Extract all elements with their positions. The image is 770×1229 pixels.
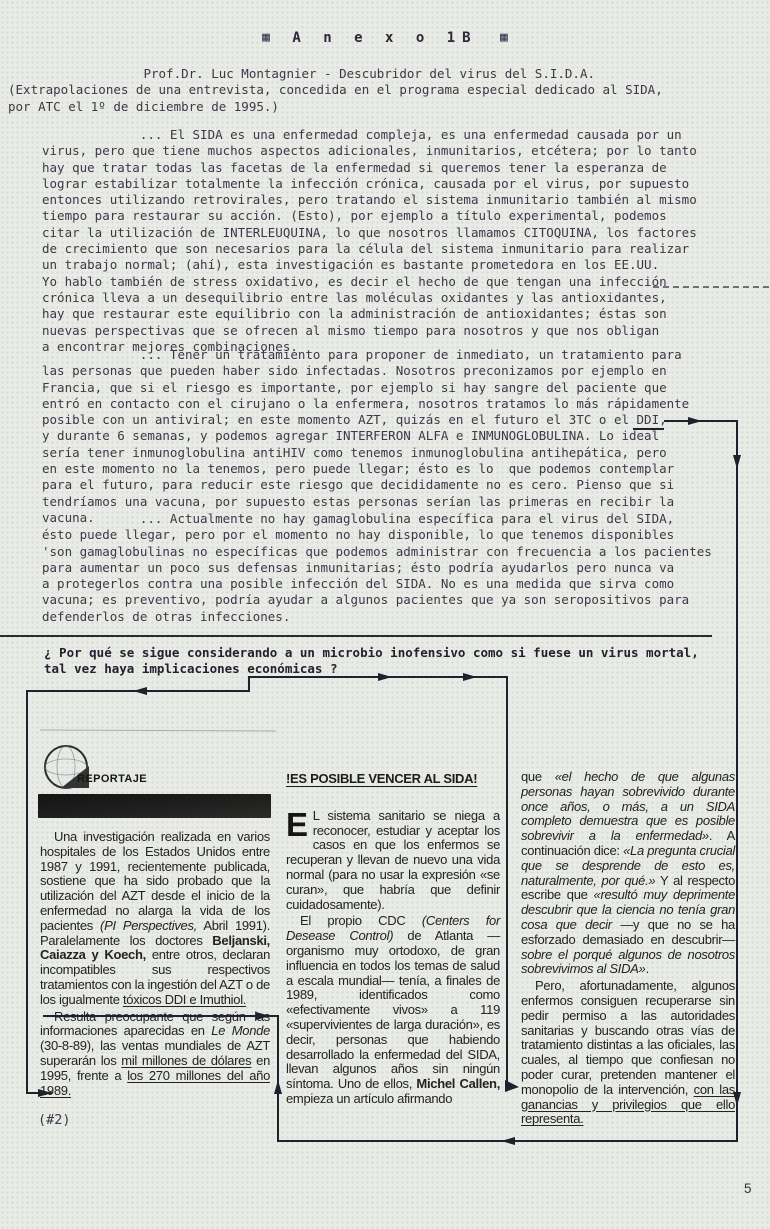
- clipping-column-2: !ES POSIBLE VENCER AL SIDA! EL sistema s…: [286, 772, 500, 1109]
- clipping-text: L sistema sanitario se niega a reconocer…: [286, 808, 500, 912]
- typed-paragraph-1: ... El SIDA es una enfermedad compleja, …: [42, 127, 697, 355]
- document-header: ▦ A n e x o 1B ▦: [0, 30, 770, 46]
- clipping-paragraph: que «el hecho de que algunas personas ha…: [521, 770, 735, 977]
- clipping-paragraph: Resulta preocupante que según las inform…: [40, 1010, 270, 1099]
- reportaje-logo-label: REPORTAJE: [77, 773, 147, 785]
- scanned-document-page: ▦ A n e x o 1B ▦ Prof.Dr. Luc Montagnier…: [0, 0, 770, 1229]
- typed-paragraph-2: ... Tener un tratamiento para proponer d…: [42, 347, 689, 526]
- typed-paragraph-3: ... Actualmente no hay gamaglobulina esp…: [42, 511, 712, 625]
- dropcap-letter: E: [286, 809, 313, 839]
- footnote-marker: (#2): [38, 1112, 71, 1128]
- clipping-headline: !ES POSIBLE VENCER AL SIDA!: [286, 772, 500, 787]
- redacted-headline-bar: [38, 794, 271, 818]
- page-number: 5: [744, 1181, 752, 1196]
- clipping-paragraph: EL sistema sanitario se niega a reconoce…: [286, 809, 500, 913]
- clipping-paragraph: Una investigación realizada en varios ho…: [40, 830, 270, 1008]
- clipping-paragraph: Pero, afortunadamente, algunos enfermos …: [521, 979, 735, 1127]
- ornament-block-icon: ▦: [262, 30, 270, 45]
- clipping-column-3: que «el hecho de que algunas personas ha…: [521, 770, 735, 1129]
- ornament-block-icon: ▦: [500, 30, 508, 45]
- clipping-paragraph: El propio CDC (Centers for Desease Contr…: [286, 914, 500, 1106]
- clipping-column-1: Una investigación realizada en varios ho…: [40, 830, 270, 1100]
- question-heading: ¿ Por qué se sigue considerando a un mic…: [44, 645, 699, 678]
- document-subtitle: Prof.Dr. Luc Montagnier - Descubridor de…: [8, 66, 663, 115]
- page-title: A n e x o 1B: [292, 30, 477, 46]
